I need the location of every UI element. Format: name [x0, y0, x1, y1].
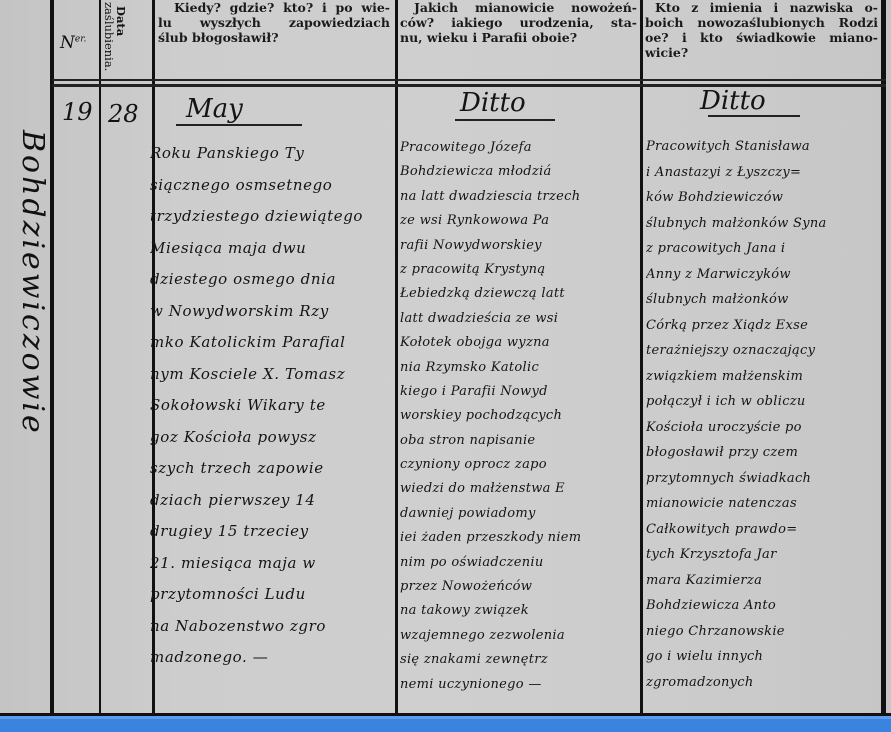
entry-day: 28: [108, 100, 139, 128]
month-heading: May: [186, 94, 243, 124]
who-text: Pracowitego Józefa Bohdziewicza młodziá …: [400, 136, 638, 697]
entry-number: 19: [62, 98, 93, 126]
rule-margin: [50, 0, 54, 713]
margin-surname: Bohdziewiczowie: [15, 130, 50, 436]
parents-text: Pracowitych Stanisława i Anastazyi z Łys…: [646, 134, 880, 695]
rule-right: [881, 0, 886, 713]
bottom-bar-highlight: [0, 716, 891, 719]
ditto-parents: Ditto: [700, 86, 766, 116]
rule-jakich-kto: [640, 0, 643, 713]
header-data: Data zaślubienia.: [104, 2, 126, 78]
ditto-parents-underline: [708, 115, 800, 117]
ditto-who-underline: [455, 119, 555, 121]
viewer-bottom-bar: [0, 713, 891, 732]
header-who: Jakich mianowicie nowożeń- ców? iakiego …: [400, 0, 637, 45]
rule-ner-data: [99, 0, 101, 713]
rule-kiedy-jakich: [395, 0, 398, 713]
header-data-line1: Data: [114, 6, 128, 36]
month-underline: [176, 124, 302, 126]
ditto-who: Ditto: [460, 88, 526, 118]
header-ner: Ner.: [60, 33, 86, 53]
header-when: Kiedy? gdzie? kto? i po wie- lu wyszłych…: [158, 0, 390, 45]
header-data-line2: zaślubienia.: [102, 2, 116, 71]
header-parents: Kto z imienia i nazwiska o- boich nowoza…: [645, 0, 878, 60]
when-text: Roku Panskiego Ty siącznego osmsetnego t…: [150, 138, 390, 674]
header-rule-top: [52, 79, 886, 81]
register-page: Ner. Data zaślubienia. Kiedy? gdzie? kto…: [0, 0, 891, 713]
